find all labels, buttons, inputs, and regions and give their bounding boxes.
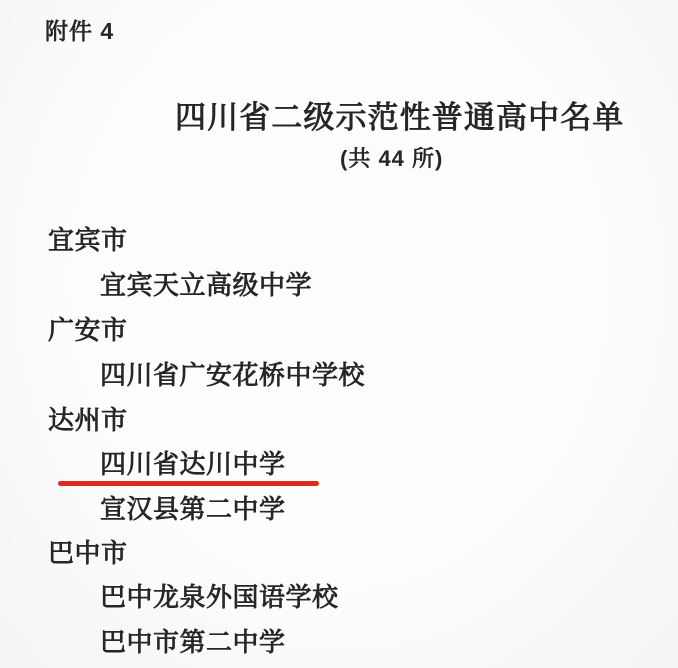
school-item: 巴中龙泉外国语学校 <box>100 583 339 611</box>
school-count-note: (共 44 所) <box>340 142 443 173</box>
school-item: 四川省广安花桥中学校 <box>100 361 365 389</box>
school-item: 巴中市第二中学 <box>100 628 286 656</box>
school-item-highlighted: 四川省达川中学 <box>100 450 286 478</box>
city-header-guangan: 广安市 <box>48 316 128 344</box>
city-header-yibin: 宜宾市 <box>48 226 128 254</box>
document-title: 四川省二级示范性普通高中名单 <box>175 92 624 137</box>
document-page: 附件 4 四川省二级示范性普通高中名单 (共 44 所) 宜宾市 宜宾天立高级中… <box>0 0 678 668</box>
red-underline-annotation <box>58 481 319 486</box>
school-item: 宜宾天立高级中学 <box>100 271 312 299</box>
city-header-dazhou: 达州市 <box>48 406 128 434</box>
school-item: 宣汉县第二中学 <box>100 495 286 523</box>
city-header-bazhong: 巴中市 <box>48 539 128 567</box>
attachment-label: 附件 4 <box>45 13 114 46</box>
